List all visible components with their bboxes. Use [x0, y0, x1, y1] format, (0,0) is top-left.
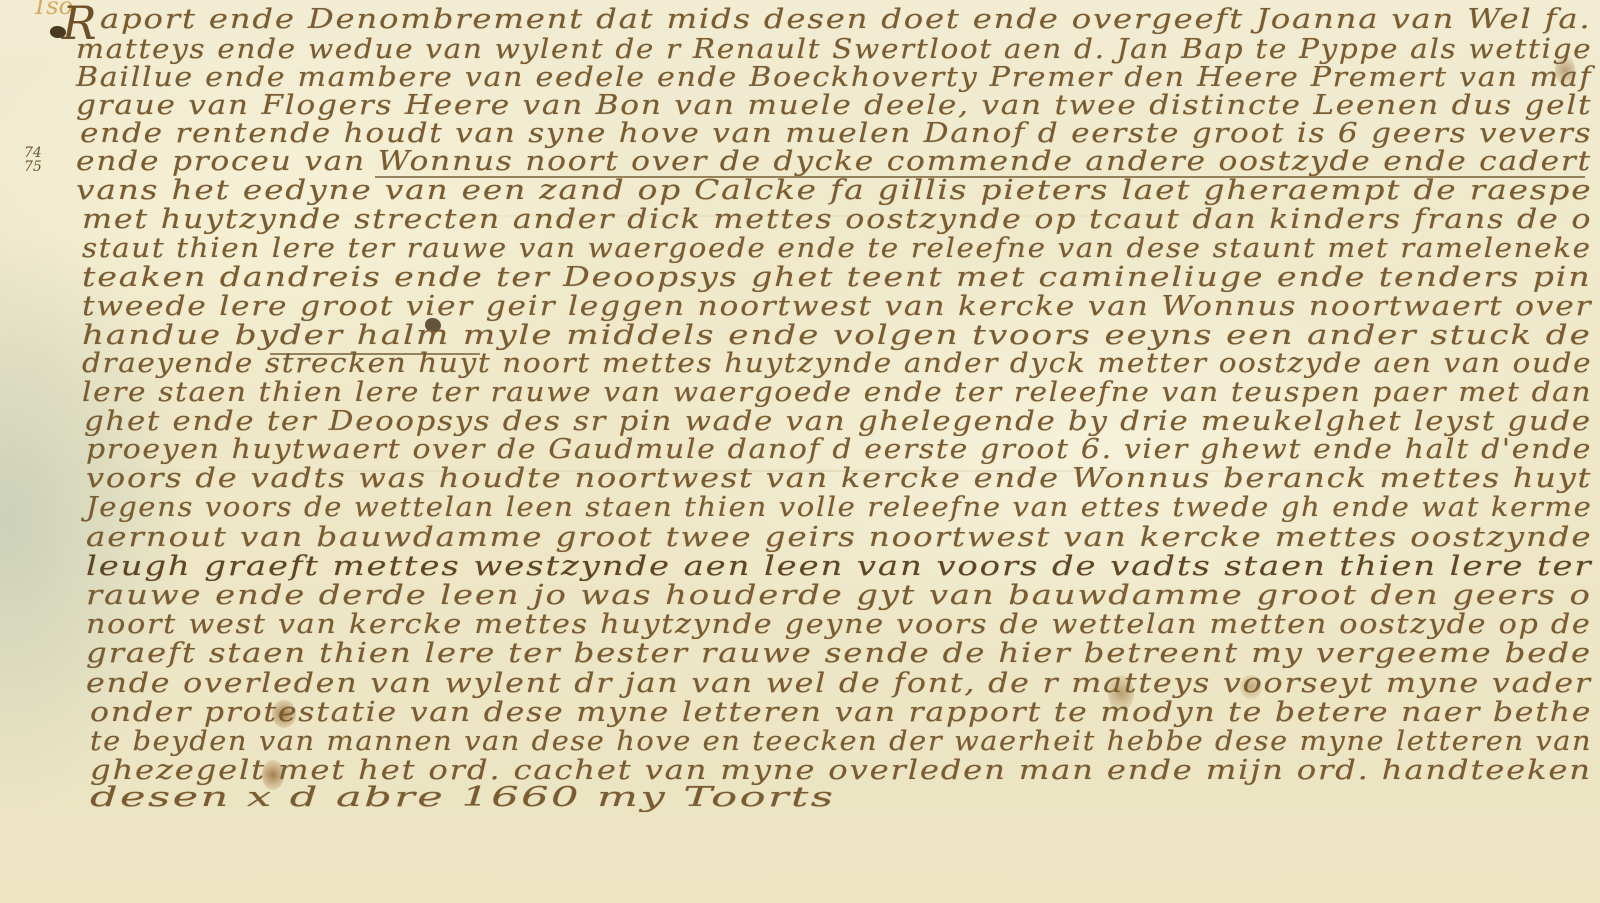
text-line-25: onder protestatie van dese myne letteren… — [90, 697, 1592, 728]
text-line-26: te beyden van mannen van dese hove en te… — [90, 726, 1592, 757]
margin-note-line: 74 — [24, 146, 42, 160]
text-line-17: voors de vadts was houdte noortwest van … — [86, 463, 1592, 494]
text-line-4: graue van Flogers Heere van Bon van muel… — [76, 90, 1592, 121]
text-line-7: vans het eedyne van een zand op Calcke f… — [76, 175, 1592, 206]
text-line-18: Jegens voors de wettelan leen staen thie… — [86, 492, 1592, 523]
margin-note-line: 75 — [24, 160, 42, 174]
text-line-1: aport ende Denombrement dat mids desen d… — [100, 4, 1591, 35]
text-line-15: ghet ende ter Deoopsys des sr pin wade v… — [84, 406, 1592, 437]
text-line-3: Baillue ende mambere van eedele ende Boe… — [76, 62, 1592, 93]
manuscript-page: Tso R 74 75 aport ende Denombrement dat … — [0, 0, 1600, 903]
text-line-16: proeyen huytwaert over de Gaudmule danof… — [86, 434, 1592, 465]
text-line-8: met huytzynde strecten ander dick mettes… — [82, 204, 1592, 235]
text-line-24: ende overleden van wylent dr jan van wel… — [86, 668, 1592, 699]
text-line-19: aernout van bauwdamme groot twee geirs n… — [86, 522, 1592, 553]
text-line-6: ende proceu van Wonnus noort over de dyc… — [76, 146, 1592, 177]
margin-note-folio: 74 75 — [24, 146, 42, 174]
text-line-20: leugh graeft mettes westzynde aen leen v… — [86, 551, 1592, 582]
text-line-10: teaken dandreis ende ter Deoopsys ghet t… — [82, 262, 1592, 293]
text-line-5: ende rentende houdt van syne hove van mu… — [80, 118, 1592, 149]
text-line-2: matteys ende wedue van wylent de r Renau… — [76, 34, 1592, 65]
text-line-28-signature: desen x d abre 1660 my Toorts — [90, 782, 835, 813]
text-line-23: graeft staen thien lere ter bester rauwe… — [86, 638, 1592, 669]
text-line-9: staut thien lere ter rauwe van waergoede… — [82, 233, 1592, 264]
text-line-22: noort west van kercke mettes huytzynde g… — [86, 609, 1592, 640]
text-line-14: lere staen thien lere ter rauwe van waer… — [82, 377, 1592, 408]
text-line-11: tweede lere groot vier geir leggen noort… — [82, 291, 1592, 322]
text-line-21: rauwe ende derde leen jo was houderde gy… — [86, 580, 1592, 611]
text-underline — [270, 353, 480, 355]
text-line-12: handue byder halm myle middels ende volg… — [82, 320, 1592, 351]
text-underline — [375, 176, 1585, 178]
